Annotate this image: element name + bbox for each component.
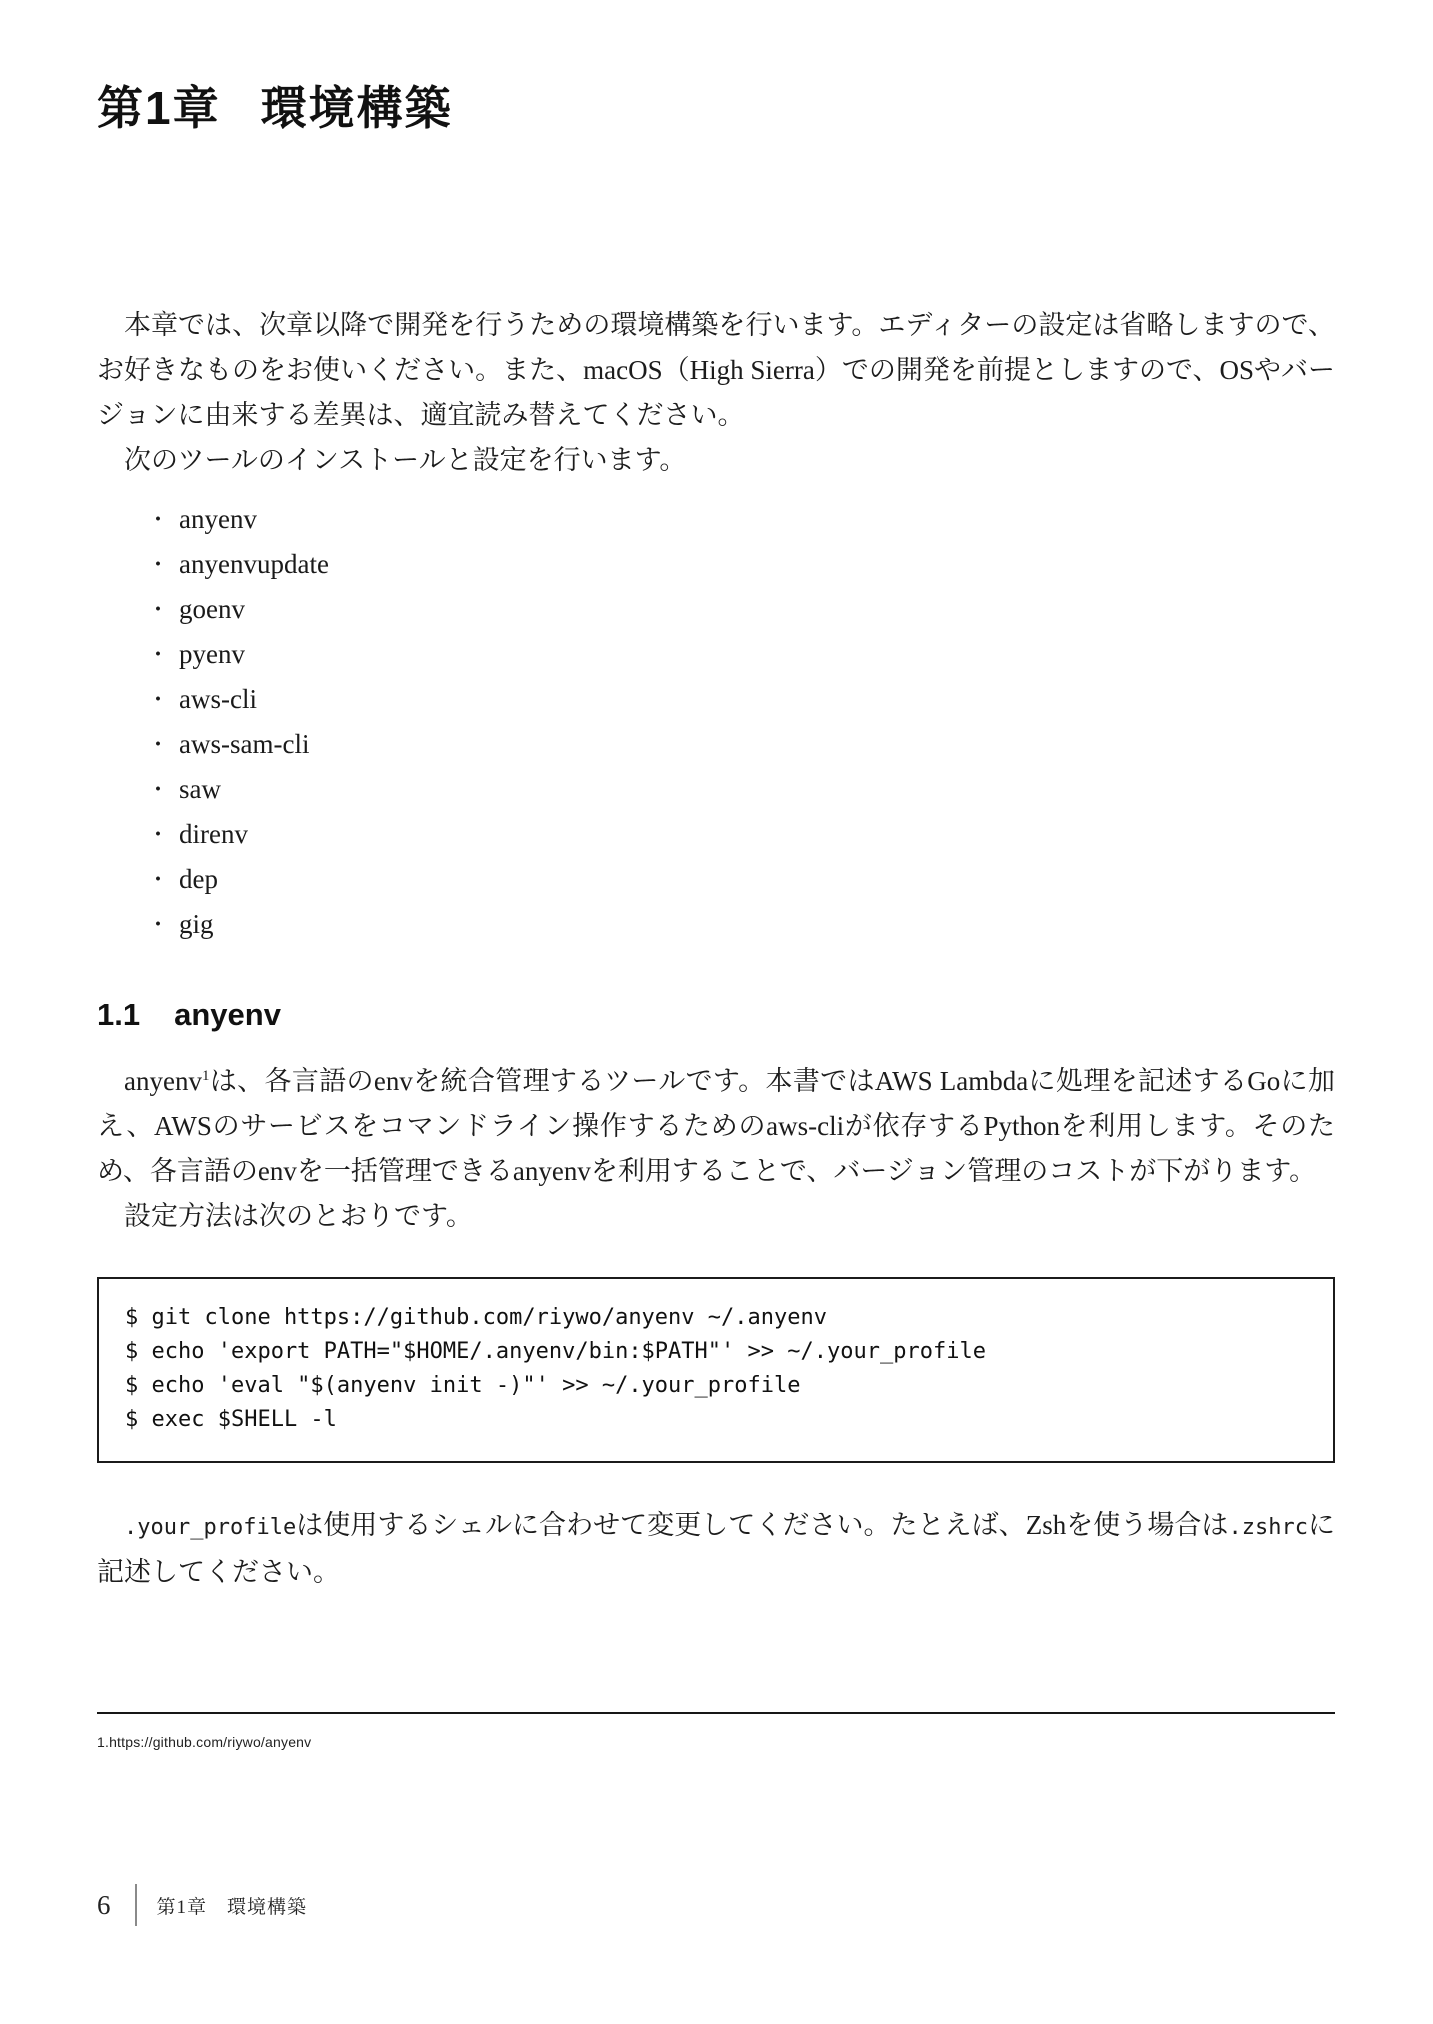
after-code-text-1: は使用するシェルに合わせて変更してください。たとえば、Zshを使う場合は (296, 1510, 1228, 1540)
tool-name: aws-sam-cli (179, 729, 309, 759)
code-line: $ exec $SHELL -l (125, 1403, 1307, 1437)
section-number: 1.1 (97, 997, 140, 1032)
code-block: $ git clone https://github.com/riywo/any… (97, 1277, 1335, 1463)
section-title-text: anyenv (174, 997, 281, 1032)
tool-name: dep (179, 864, 218, 894)
tool-name: aws-cli (179, 684, 257, 714)
list-item: ・direnv (97, 812, 1335, 857)
bullet-icon: ・ (147, 633, 169, 677)
list-item: ・saw (97, 767, 1335, 812)
list-item: ・anyenv (97, 497, 1335, 542)
tool-name: direnv (179, 819, 248, 849)
list-item: ・gig (97, 902, 1335, 947)
list-item: ・aws-cli (97, 677, 1335, 722)
chapter-number: 第1章 (97, 82, 221, 134)
tool-name: saw (179, 774, 221, 804)
tool-name: gig (179, 909, 214, 939)
list-item: ・anyenvupdate (97, 542, 1335, 587)
chapter-title-text: 環境構築 (261, 82, 453, 134)
anyenv-word: anyenv (124, 1066, 202, 1096)
section-paragraph-text: は、各言語のenvを統合管理するツールです。本書ではAWS Lambdaに処理を… (97, 1066, 1335, 1186)
list-item: ・aws-sam-cli (97, 722, 1335, 767)
tool-name: goenv (179, 594, 245, 624)
footnote-rule (97, 1712, 1335, 1714)
footer-divider (135, 1884, 137, 1926)
bullet-icon: ・ (147, 678, 169, 722)
bullet-icon: ・ (147, 813, 169, 857)
tool-name: pyenv (179, 639, 245, 669)
chapter-title: 第1章環境構築 (97, 72, 1335, 138)
tool-name: anyenv (179, 504, 257, 534)
tools-intro-line: 次のツールのインストールと設定を行います。 (97, 438, 1335, 483)
bullet-icon: ・ (147, 543, 169, 587)
page-footer: 6 第1章 環境構築 (97, 1884, 307, 1926)
list-item: ・dep (97, 857, 1335, 902)
setup-line: 設定方法は次のとおりです。 (97, 1194, 1335, 1239)
page-content: 第1章環境構築 本章では、次章以降で開発を行うための環境構築を行います。エディタ… (97, 0, 1335, 1595)
after-code-paragraph: .your_profileは使用するシェルに合わせて変更してください。たとえば、… (97, 1503, 1335, 1595)
code-line: $ echo 'eval "$(anyenv init -)"' >> ~/.y… (125, 1369, 1307, 1403)
section-paragraph: anyenv1は、各言語のenvを統合管理するツールです。本書ではAWS Lam… (97, 1059, 1335, 1194)
code-line: $ git clone https://github.com/riywo/any… (125, 1301, 1307, 1335)
tool-list: ・anyenv ・anyenvupdate ・goenv ・pyenv ・aws… (97, 497, 1335, 947)
intro-paragraph: 本章では、次章以降で開発を行うための環境構築を行います。エディターの設定は省略し… (97, 303, 1335, 438)
bullet-icon: ・ (147, 588, 169, 632)
footnote-text: 1.https://github.com/riywo/anyenv (97, 1734, 1335, 1750)
bullet-icon: ・ (147, 858, 169, 902)
inline-code-zshrc: .zshrc (1228, 1515, 1307, 1540)
footnote-area: 1.https://github.com/riywo/anyenv (97, 1712, 1335, 1750)
footer-chapter-label: 第1章 環境構築 (157, 1892, 308, 1919)
tool-name: anyenvupdate (179, 549, 329, 579)
list-item: ・pyenv (97, 632, 1335, 677)
bullet-icon: ・ (147, 768, 169, 812)
bullet-icon: ・ (147, 903, 169, 947)
bullet-icon: ・ (147, 723, 169, 767)
section-heading: 1.1anyenv (97, 997, 1335, 1033)
page-number: 6 (97, 1890, 111, 1921)
list-item: ・goenv (97, 587, 1335, 632)
code-line: $ echo 'export PATH="$HOME/.anyenv/bin:$… (125, 1335, 1307, 1369)
book-page: 第1章環境構築 本章では、次章以降で開発を行うための環境構築を行います。エディタ… (0, 0, 1433, 2024)
bullet-icon: ・ (147, 498, 169, 542)
inline-code-your-profile: .your_profile (124, 1515, 296, 1540)
